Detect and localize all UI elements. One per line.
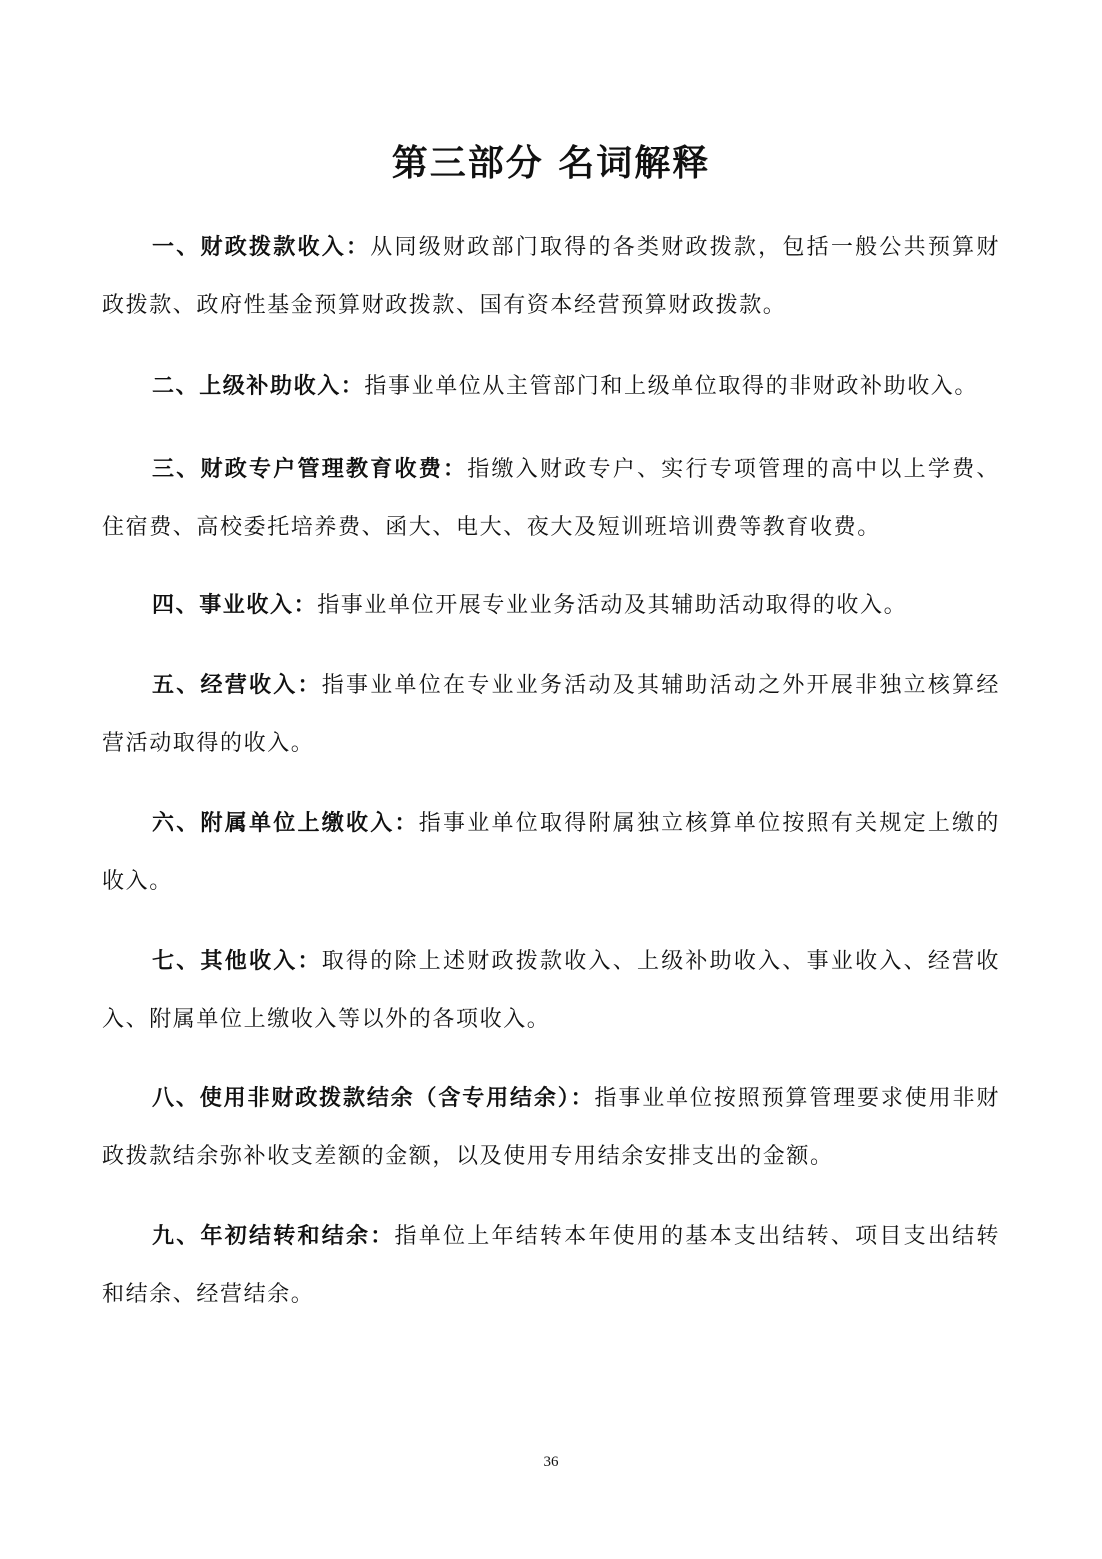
page-number: 36 bbox=[0, 1454, 1102, 1471]
entry-term: 八、使用非财政拨款结余（含专用结余）： bbox=[152, 1085, 595, 1111]
entry-term: 六、附属单位上缴收入： bbox=[152, 810, 419, 836]
entry-term: 四、事业收入： bbox=[152, 592, 317, 618]
definition-entry-6: 六、附属单位上缴收入：指事业单位取得附属独立核算单位按照有关规定上缴的收入。 bbox=[102, 794, 1000, 911]
page-title: 第三部分 名词解释 bbox=[0, 140, 1102, 186]
entry-term: 九、年初结转和结余： bbox=[152, 1223, 394, 1249]
entry-definition: 指事业单位从主管部门和上级单位取得的非财政补助收入。 bbox=[364, 374, 978, 399]
entry-term: 二、上级补助收入： bbox=[152, 373, 364, 399]
definition-entry-4: 四、事业收入：指事业单位开展专业业务活动及其辅助活动取得的收入。 bbox=[102, 576, 1000, 635]
entry-term: 三、财政专户管理教育收费： bbox=[152, 456, 467, 482]
definition-entry-3: 三、财政专户管理教育收费：指缴入财政专户、实行专项管理的高中以上学费、住宿费、高… bbox=[102, 440, 1000, 557]
entry-term: 一、财政拨款收入： bbox=[152, 234, 370, 260]
definition-entry-8: 八、使用非财政拨款结余（含专用结余）：指事业单位按照预算管理要求使用非财政拨款结… bbox=[102, 1069, 1000, 1186]
definition-entry-5: 五、经营收入：指事业单位在专业业务活动及其辅助活动之外开展非独立核算经营活动取得… bbox=[102, 656, 1000, 773]
entry-term: 七、其他收入： bbox=[152, 948, 322, 974]
definition-entry-9: 九、年初结转和结余：指单位上年结转本年使用的基本支出结转、项目支出结转和结余、经… bbox=[102, 1207, 1000, 1324]
definition-entry-1: 一、财政拨款收入：从同级财政部门取得的各类财政拨款，包括一般公共预算财政拨款、政… bbox=[102, 218, 1000, 335]
definition-entry-7: 七、其他收入：取得的除上述财政拨款收入、上级补助收入、事业收入、经营收入、附属单… bbox=[102, 932, 1000, 1049]
entry-definition: 指事业单位开展专业业务活动及其辅助活动取得的收入。 bbox=[317, 593, 907, 618]
entry-term: 五、经营收入： bbox=[152, 672, 322, 698]
definition-entry-2: 二、上级补助收入：指事业单位从主管部门和上级单位取得的非财政补助收入。 bbox=[102, 357, 1000, 416]
